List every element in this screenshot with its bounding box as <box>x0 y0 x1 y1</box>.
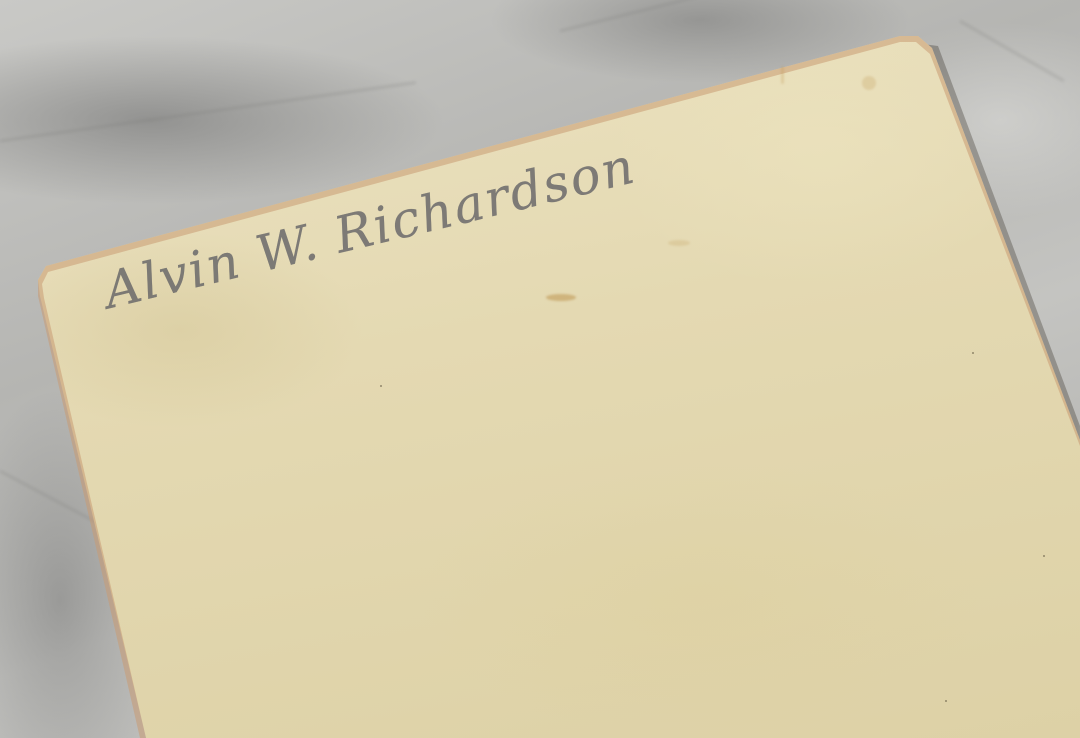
foxing-stain <box>668 240 690 246</box>
paper-speck <box>1043 555 1045 557</box>
foxing-stain <box>546 294 576 301</box>
foxing-stain <box>781 66 784 84</box>
paper-speck <box>380 385 382 387</box>
paper-speck <box>972 352 974 354</box>
foxing-stain <box>862 76 876 90</box>
paper-speck <box>945 700 947 702</box>
